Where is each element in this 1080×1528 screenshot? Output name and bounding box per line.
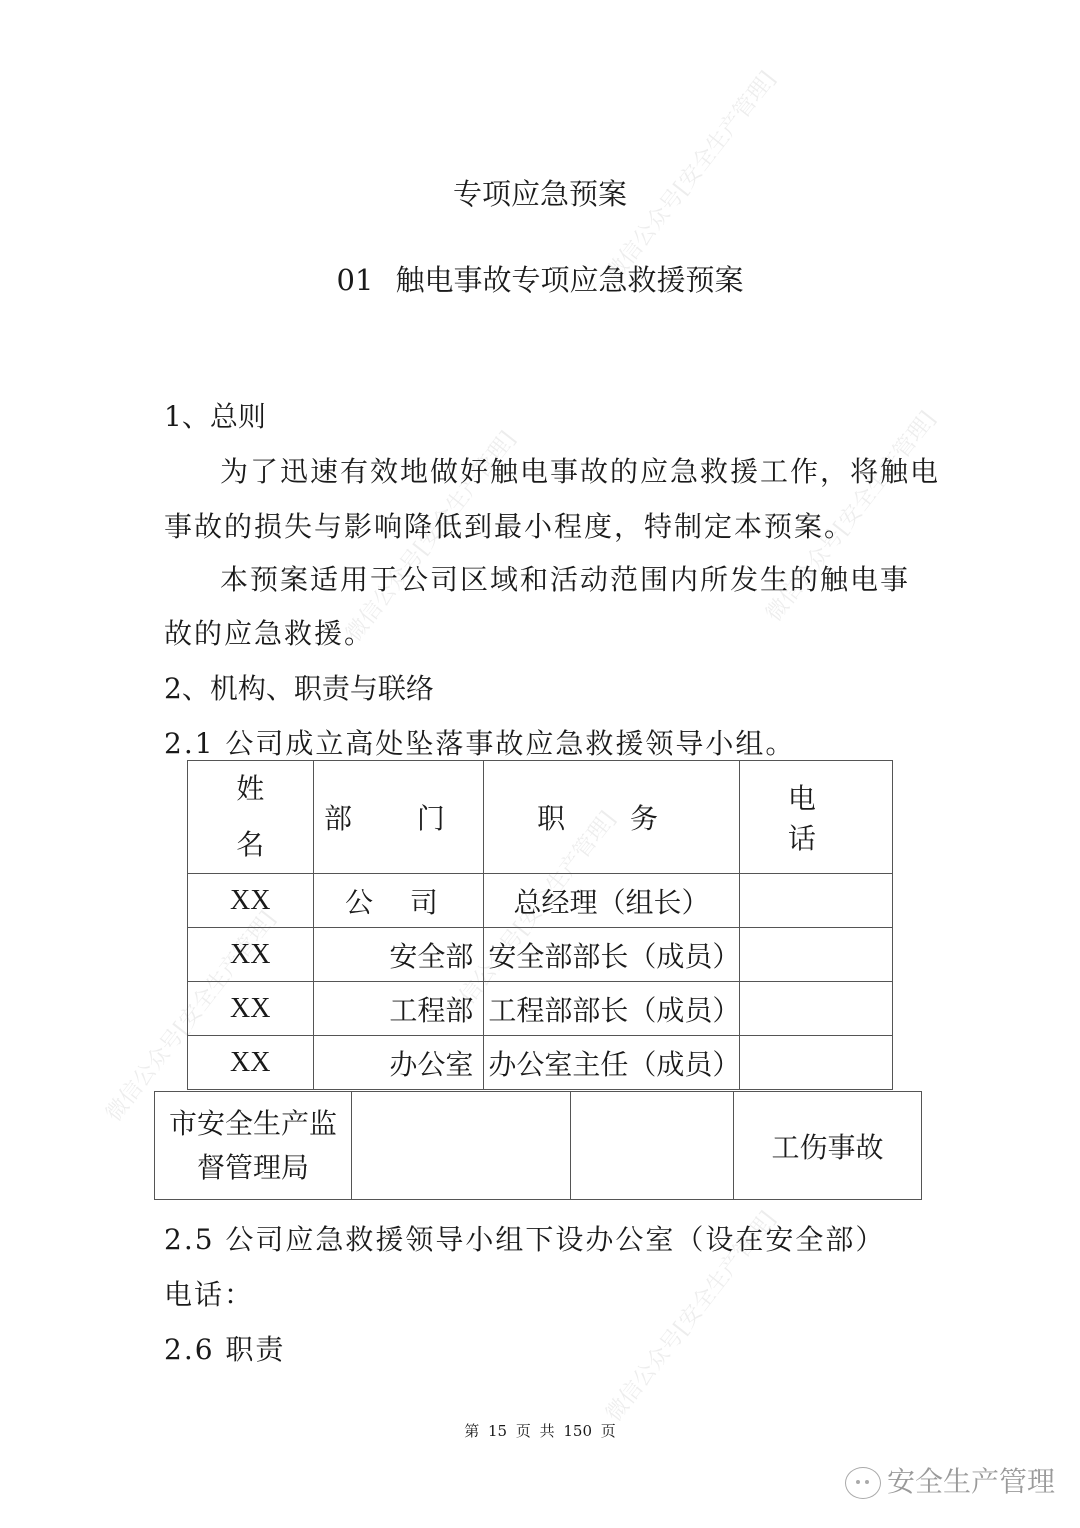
header-department: 部 门 — [313, 761, 484, 874]
subsection-2-5: 2.5 公司应急救援领导小组下设办公室（设在安全部） — [164, 1218, 885, 1258]
cell-empty — [352, 1092, 571, 1200]
cell-phone — [739, 928, 892, 982]
paragraph-text: 为了迅速有效地做好触电事故的应急救援工作，将触电 — [220, 450, 940, 490]
cell-position: 办公室主任（成员） — [484, 1036, 739, 1090]
document-subtitle: 01触电事故专项应急救援预案 — [0, 258, 1080, 299]
cell-department: 安全部 — [313, 928, 484, 982]
page-number-footer: 第 15 页 共 150 页 — [0, 1420, 1080, 1441]
header-phone: 电 话 — [739, 761, 892, 874]
cell-accident-type: 工伤事故 — [734, 1092, 922, 1200]
section-1-heading: 1、总则 — [164, 395, 266, 435]
section-2-heading: 2、机构、职责与联络 — [164, 667, 434, 707]
cell-name: XX — [188, 928, 314, 982]
header-position: 职 务 — [484, 761, 739, 874]
cell-department: 工程部 — [313, 982, 484, 1036]
phone-label: 电话： — [164, 1273, 254, 1313]
table-row: 市安全生产监督管理局 工伤事故 — [155, 1092, 922, 1200]
watermark-text: 安全生产管理 — [887, 1465, 1055, 1498]
cell-phone — [739, 1036, 892, 1090]
paragraph-text: 事故的损失与影响降低到最小程度，特制定本预案。 — [164, 505, 854, 545]
table-row: XX 办公室 办公室主任（成员） — [188, 1036, 893, 1090]
table-header-row: 姓名 部 门 职 务 电 话 — [188, 761, 893, 874]
cell-name: XX — [188, 874, 314, 928]
cell-department: 公 司 — [313, 874, 484, 928]
wechat-icon — [845, 1467, 881, 1499]
cell-name: XX — [188, 1036, 314, 1090]
cell-name: XX — [188, 982, 314, 1036]
authority-contact-table: 市安全生产监督管理局 工伤事故 — [154, 1091, 922, 1200]
cell-empty — [571, 1092, 734, 1200]
leadership-group-table: 姓名 部 门 职 务 电 话 XX 公 司 总经理（组长） XX 安全部 安全部… — [187, 760, 893, 1090]
subsection-2-1: 2.1 公司成立高处坠落事故应急救援领导小组。 — [164, 722, 795, 762]
cell-phone — [739, 874, 892, 928]
cell-phone — [739, 982, 892, 1036]
cell-organization: 市安全生产监督管理局 — [155, 1092, 352, 1200]
paragraph-text: 本预案适用于公司区域和活动范围内所发生的触电事 — [220, 558, 910, 598]
table-row: XX 安全部 安全部部长（成员） — [188, 928, 893, 982]
cell-department: 办公室 — [313, 1036, 484, 1090]
header-name: 姓名 — [188, 761, 314, 874]
table-row: XX 工程部 工程部部长（成员） — [188, 982, 893, 1036]
subtitle-number: 01 — [337, 263, 374, 297]
cell-position: 工程部部长（成员） — [484, 982, 739, 1036]
subtitle-text: 触电事故专项应急救援预案 — [395, 263, 743, 297]
cell-position: 安全部部长（成员） — [484, 928, 739, 982]
subsection-2-6: 2.6 职责 — [164, 1328, 285, 1368]
wechat-watermark: 安全生产管理 — [845, 1460, 1055, 1500]
table-row: XX 公 司 总经理（组长） — [188, 874, 893, 928]
paragraph-text: 故的应急救援。 — [164, 612, 374, 652]
document-title: 专项应急预案 — [0, 172, 1080, 213]
cell-position: 总经理（组长） — [484, 874, 739, 928]
